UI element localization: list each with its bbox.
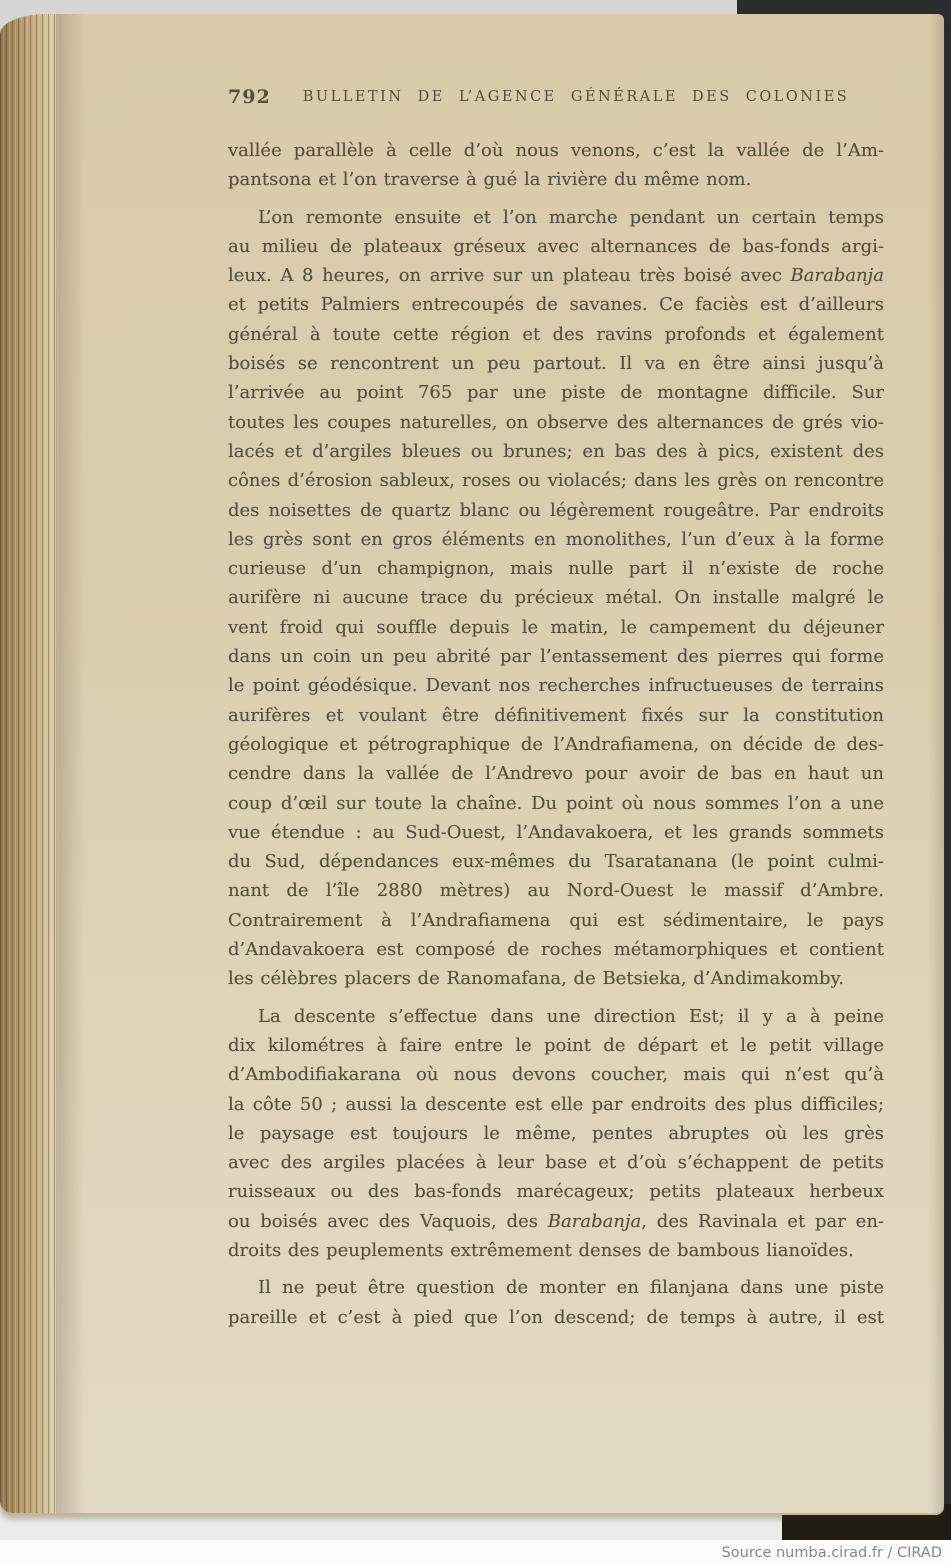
footer-bar: Source numba.cirad.fr / CIRAD xyxy=(0,1540,951,1566)
text-line: cônes d’érosion sableux, roses ou violac… xyxy=(228,466,884,495)
page-right-shade xyxy=(928,14,944,1513)
text-line: dix kilométres à faire entre le point de… xyxy=(228,1031,884,1060)
text-line: aurifère ni aucune trace du précieux mét… xyxy=(228,583,884,612)
paragraph: vallée parallèle à celle d’où nous venon… xyxy=(228,136,884,195)
text-line: aurifères et voulant être définitivement… xyxy=(228,701,884,730)
text-line: La descente s’effectue dans une directio… xyxy=(228,1002,884,1031)
text-line: leux. A 8 heures, on arrive sur un plate… xyxy=(228,261,884,290)
text-line: ou boisés avec des Vaquois, des Barabanj… xyxy=(228,1207,884,1236)
text-line: toutes les coupes naturelles, on observe… xyxy=(228,408,884,437)
text-line: le paysage est toujours le même, pentes … xyxy=(228,1119,884,1148)
text-line: Il ne peut être question de monter en fi… xyxy=(228,1273,884,1302)
text-line: et petits Palmiers entrecoupés de savane… xyxy=(228,290,884,319)
paragraph: L’on remonte ensuite et l’on marche pend… xyxy=(228,203,884,994)
running-head: 792 BULLETIN DE L’AGENCE GÉNÉRALE DES CO… xyxy=(228,86,884,108)
text-line: des noisettes de quartz blanc ou légèrem… xyxy=(228,496,884,525)
scanned-book-page: 792 BULLETIN DE L’AGENCE GÉNÉRALE DES CO… xyxy=(0,14,944,1513)
footer-source-text: Source numba.cirad.fr / CIRAD xyxy=(722,1545,942,1561)
text-line: boisés se rencontrent un peu partout. Il… xyxy=(228,349,884,378)
printed-content: 792 BULLETIN DE L’AGENCE GÉNÉRALE DES CO… xyxy=(228,86,884,1332)
text-line: géologique et pétrographique de l’Andraf… xyxy=(228,730,884,759)
text-line: général à toute cette région et des ravi… xyxy=(228,320,884,349)
running-title: BULLETIN DE L’AGENCE GÉNÉRALE DES COLONI… xyxy=(228,86,884,108)
text-line: au milieu de plateaux gréseux avec alter… xyxy=(228,232,884,261)
paragraph: La descente s’effectue dans une directio… xyxy=(228,1002,884,1266)
body-text: vallée parallèle à celle d’où nous venon… xyxy=(228,136,884,1332)
book-page-edges xyxy=(0,14,58,1513)
text-line: la côte 50 ; aussi la descente est elle … xyxy=(228,1090,884,1119)
paragraph: Il ne peut être question de monter en fi… xyxy=(228,1273,884,1332)
text-line: les célèbres placers de Ranomafana, de B… xyxy=(228,964,884,993)
text-line: pantsona et l’on traverse à gué la riviè… xyxy=(228,165,884,194)
text-line: pareille et c’est à pied que l’on descen… xyxy=(228,1303,884,1332)
text-line: l’arrivée au point 765 par une piste de … xyxy=(228,378,884,407)
text-line: vue étendue : au Sud-Ouest, l’Andavakoer… xyxy=(228,818,884,847)
text-line: d’Ambodifiakarana où nous devons coucher… xyxy=(228,1060,884,1089)
text-line: coup d’œil sur toute la chaîne. Du point… xyxy=(228,789,884,818)
text-line: cendre dans la vallée de l’Andrevo pour … xyxy=(228,759,884,788)
gutter-shadow xyxy=(56,14,86,1513)
text-line: d’Andavakoera est composé de roches méta… xyxy=(228,935,884,964)
text-line: nant de l’île 2880 mètres) au Nord-Ouest… xyxy=(228,876,884,905)
page-number: 792 xyxy=(228,86,271,108)
text-line: les grès sont en gros éléments en monoli… xyxy=(228,525,884,554)
text-line: le point géodésique. Devant nos recherch… xyxy=(228,671,884,700)
text-line: vallée parallèle à celle d’où nous venon… xyxy=(228,136,884,165)
text-line: ruisseaux ou des bas-fonds marécageux; p… xyxy=(228,1177,884,1206)
text-line: lacés et d’argiles bleues ou brunes; en … xyxy=(228,437,884,466)
text-line: du Sud, dépendances eux-mêmes du Tsarata… xyxy=(228,847,884,876)
text-line: dans un coin un peu abrité par l’entasse… xyxy=(228,642,884,671)
text-line: droits des peuplements extrêmement dense… xyxy=(228,1236,884,1265)
text-line: avec des argiles placées à leur base et … xyxy=(228,1148,884,1177)
text-line: L’on remonte ensuite et l’on marche pend… xyxy=(228,203,884,232)
text-line: Contrairement à l’Andrafiamena qui est s… xyxy=(228,906,884,935)
text-line: vent froid qui souffle depuis le matin, … xyxy=(228,613,884,642)
text-line: curieuse d’un champignon, mais nulle par… xyxy=(228,554,884,583)
